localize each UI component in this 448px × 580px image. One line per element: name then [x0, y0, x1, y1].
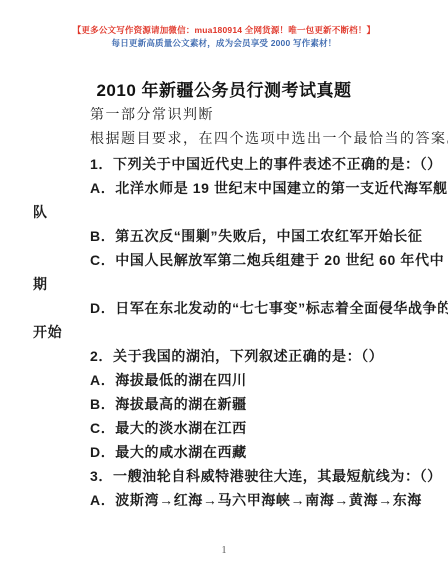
- page-number: 1: [0, 545, 448, 557]
- option: C．中国人民解放军第二炮兵组建于 20 世纪 60 年代中: [33, 248, 420, 272]
- instruction: 根据题目要求，在四个选项中选出一个最恰当的答案。: [33, 128, 420, 152]
- continuation: 队: [33, 200, 420, 224]
- promo-line-2: 每日更新高质量公文素材，成为会员享受 2000 写作素材！: [0, 37, 448, 50]
- promo-banner: 【更多公文写作资源请加微信：mua180914 全网货源！唯一包更新不断档！】 …: [0, 24, 448, 50]
- question: 2．关于我国的湖泊，下列叙述正确的是：（）: [33, 344, 420, 368]
- option: A．北洋水师是 19 世纪末中国建立的第一支近代海军舰: [33, 176, 420, 200]
- continuation: 期: [33, 272, 420, 296]
- section-heading: 第一部分常识判断: [33, 104, 420, 128]
- document-body: 第一部分常识判断根据题目要求，在四个选项中选出一个最恰当的答案。1．下列关于中国…: [0, 104, 448, 512]
- continuation: 开始: [33, 320, 420, 344]
- option: D．日军在东北发动的“七七事变”标志着全面侵华战争的: [33, 296, 420, 320]
- question: 1．下列关于中国近代史上的事件表述不正确的是：（）: [33, 152, 420, 176]
- option: B．第五次反“围剿”失败后，中国工农红军开始长征: [33, 224, 420, 248]
- option: A．波斯湾→红海→马六甲海峡→南海→黄海→东海: [33, 488, 420, 512]
- document-page: 【更多公文写作资源请加微信：mua180914 全网货源！唯一包更新不断档！】 …: [0, 0, 448, 580]
- promo-line-1: 【更多公文写作资源请加微信：mua180914 全网货源！唯一包更新不断档！】: [0, 24, 448, 37]
- question: 3．一艘油轮自科威特港驶往大连，其最短航线为：（）: [33, 464, 420, 488]
- document-title: 2010 年新疆公务员行测考试真题: [0, 78, 448, 104]
- option: A．海拔最低的湖在四川: [33, 368, 420, 392]
- option: D．最大的咸水湖在西藏: [33, 440, 420, 464]
- option: B．海拔最高的湖在新疆: [33, 392, 420, 416]
- option: C．最大的淡水湖在江西: [33, 416, 420, 440]
